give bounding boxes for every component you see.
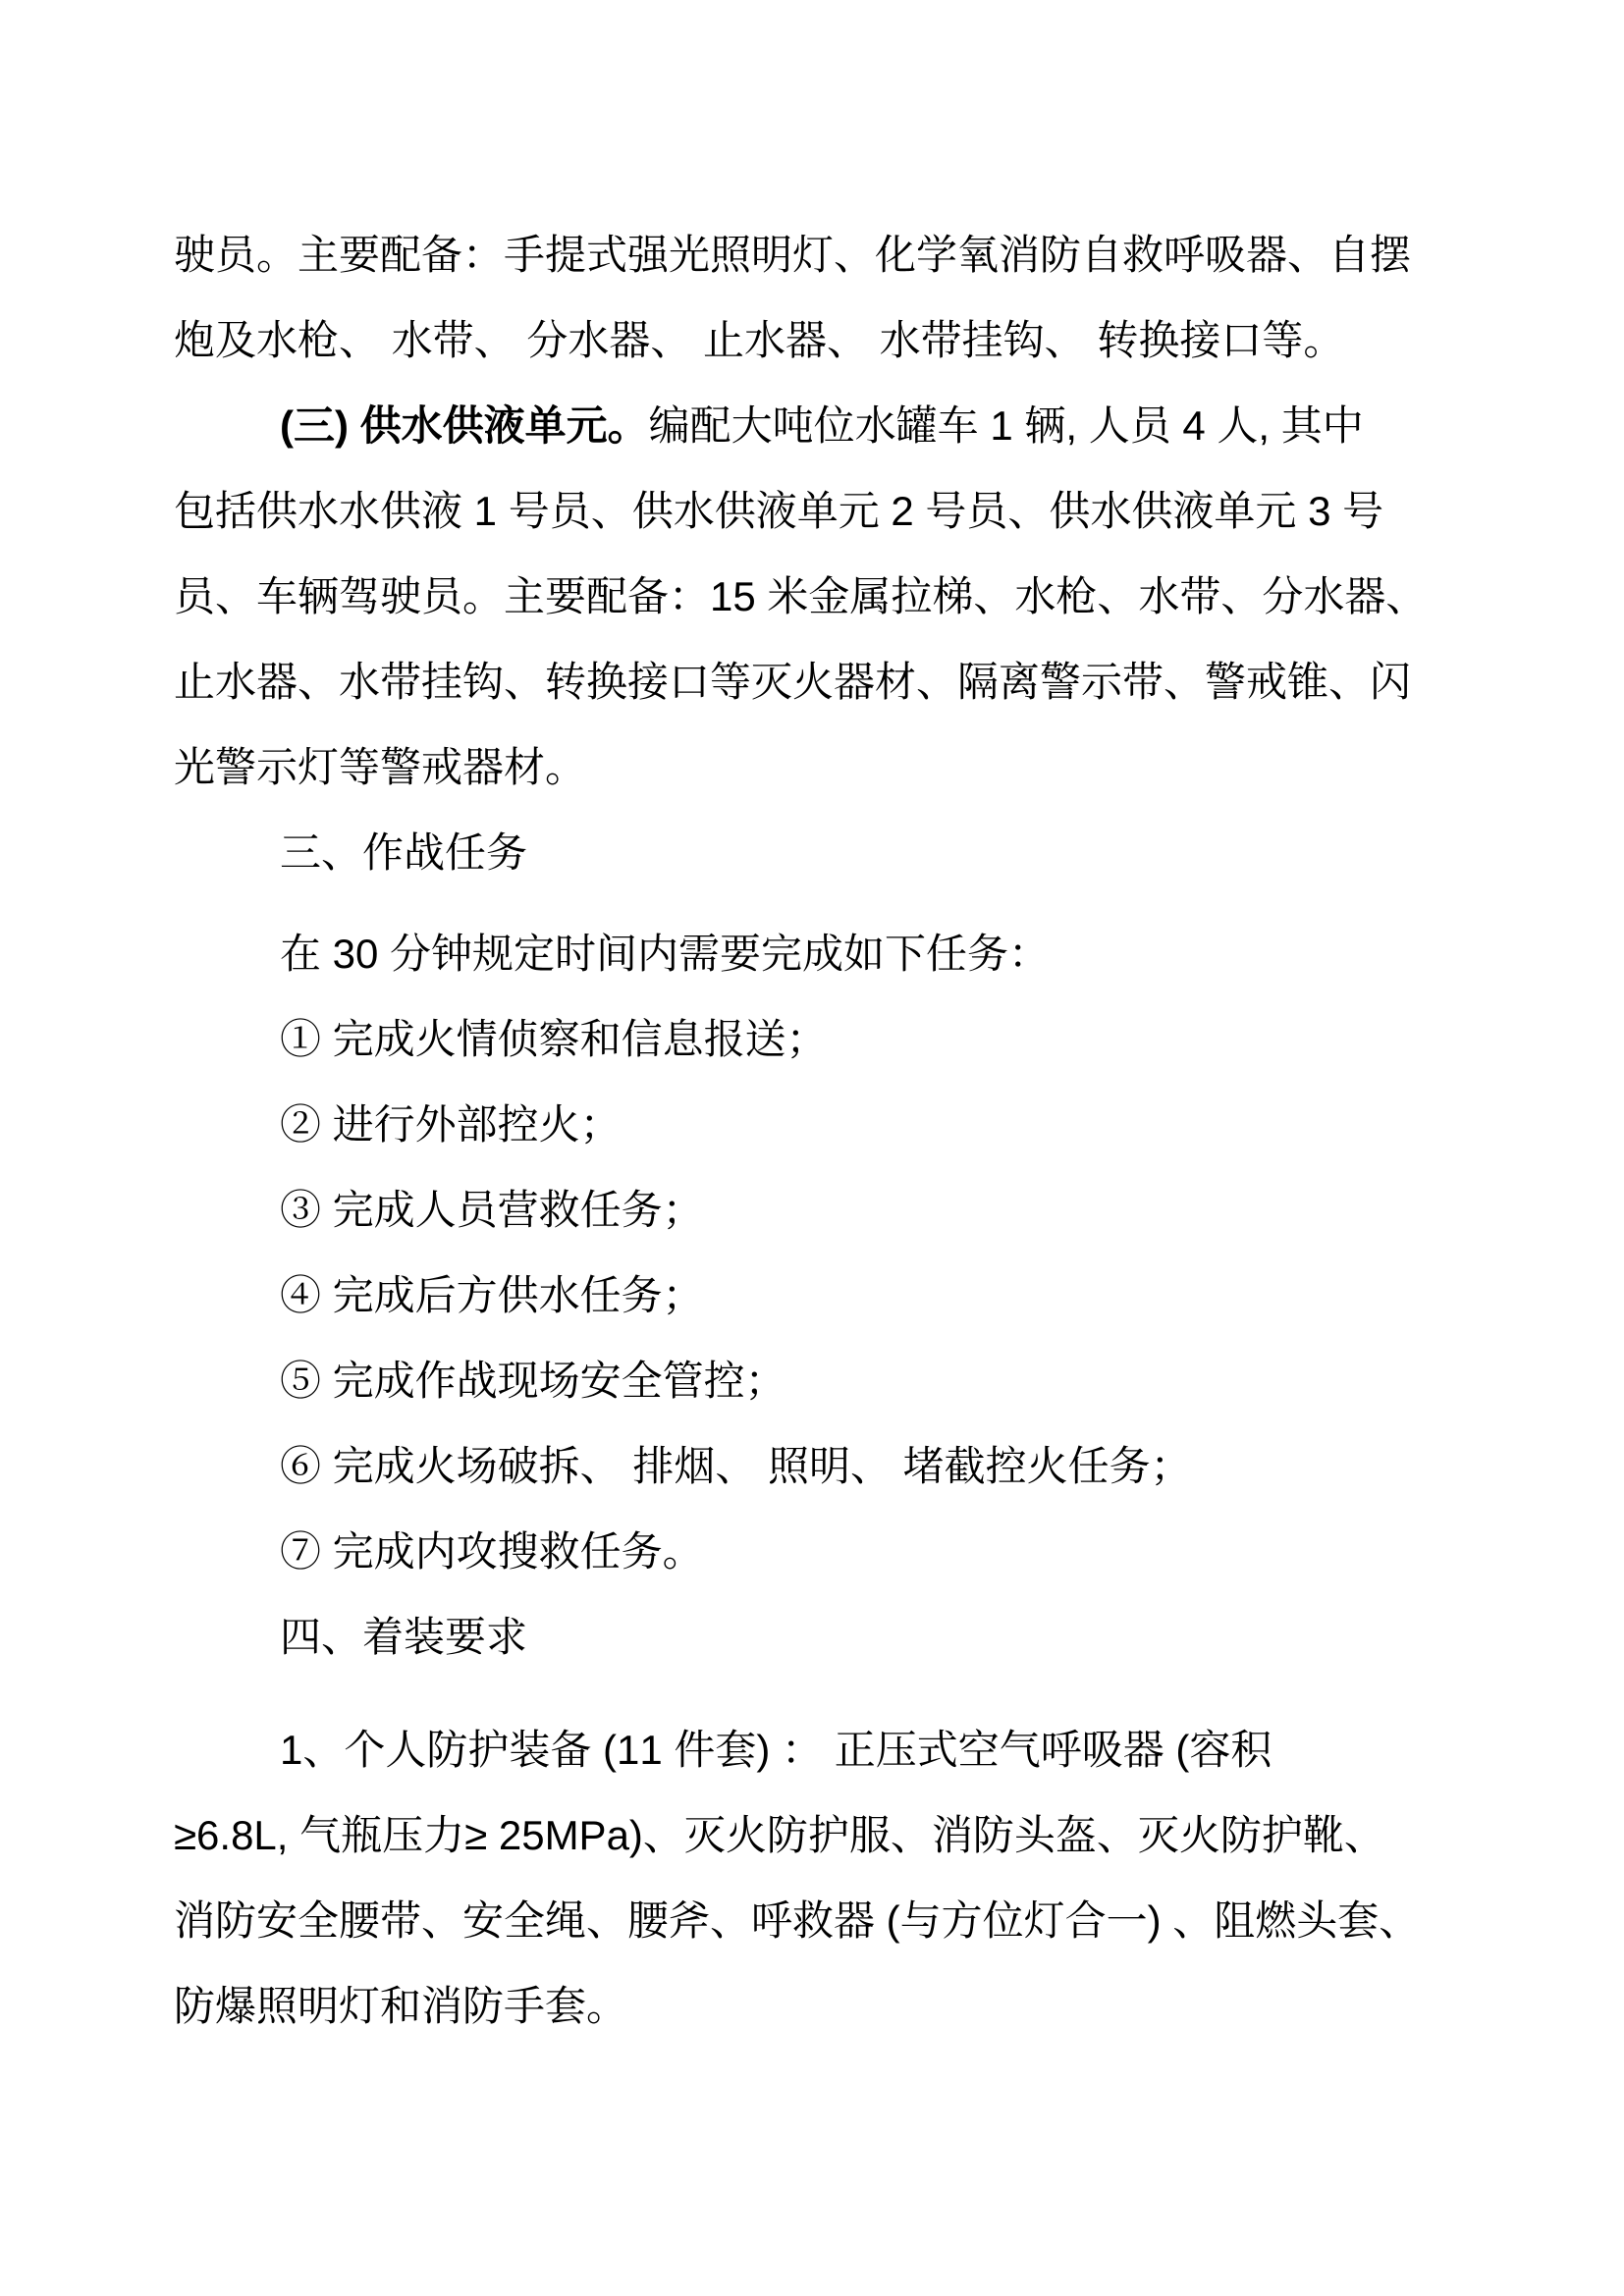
text-line: ② 进行外部控火； (174, 1082, 1450, 1167)
text-segment: 编配大吨位水罐车 1 辆, 人员 4 人, 其中 (649, 402, 1364, 449)
text-line: ⑥ 完成火场破拆、 排烟、 照明、 堵截控火任务； (174, 1423, 1450, 1509)
text-line: 消防安全腰带、安全绳、腰斧、呼救器 (与方位灯合一) 、阻燃头套、 (174, 1878, 1450, 1963)
text-segment: 止水器、水带挂钩、转换接口等灭火器材、隔离警示带、警戒锥、闪 (174, 659, 1411, 705)
text-line: 三、作战任务 (174, 810, 1450, 895)
text-line: 在 30 分钟规定时间内需要完成如下任务： (174, 911, 1450, 996)
text-segment: ⑥ 完成火场破拆、 排烟、 照明、 堵截控火任务； (280, 1443, 1192, 1489)
text-segment: 消防安全腰带、安全绳、腰斧、呼救器 (与方位灯合一) 、阻燃头套、 (174, 1897, 1420, 1944)
document-page: 驶员。主要配备：手提式强光照明灯、化学氧消防自救呼吸器、自摆炮及水枪、 水带、 … (0, 0, 1624, 2296)
text-line: 1、个人防护装备 (11 件套) ： 正压式空气呼吸器 (容积 (174, 1707, 1450, 1792)
text-line: ≥6.8L, 气瓶压力≥ 25MPa)、灭火防护服、消防头盔、灭火防护靴、 (174, 1792, 1450, 1878)
text-segment: 1、个人防护装备 (11 件套) ： 正压式空气呼吸器 (容积 (280, 1727, 1272, 1773)
text-line: 炮及水枪、 水带、 分水器、 止水器、 水带挂钩、 转换接口等。 (174, 297, 1450, 383)
text-segment: ⑤ 完成作战现场安全管控； (280, 1358, 786, 1404)
text-segment: ④ 完成后方供水任务； (280, 1272, 704, 1318)
text-line: ③ 完成人员营救任务； (174, 1167, 1450, 1253)
text-segment: 在 30 分钟规定时间内需要完成如下任务： (280, 931, 1050, 977)
text-line: 员、车辆驾驶员。主要配备：15 米金属拉梯、水枪、水带、分水器、 (174, 554, 1450, 639)
text-line: ④ 完成后方供水任务； (174, 1253, 1450, 1338)
bold-text-segment: (三) 供水供液单元。 (280, 402, 649, 449)
text-segment: 员、车辆驾驶员。主要配备：15 米金属拉梯、水枪、水带、分水器、 (174, 573, 1427, 619)
document-body: 驶员。主要配备：手提式强光照明灯、化学氧消防自救呼吸器、自摆炮及水枪、 水带、 … (174, 212, 1450, 2049)
text-segment: 驶员。主要配备：手提式强光照明灯、化学氧消防自救呼吸器、自摆 (174, 232, 1411, 278)
text-segment: 光警示灯等警戒器材。 (174, 744, 586, 790)
text-line: 驶员。主要配备：手提式强光照明灯、化学氧消防自救呼吸器、自摆 (174, 212, 1450, 297)
text-line: (三) 供水供液单元。编配大吨位水罐车 1 辆, 人员 4 人, 其中 (174, 383, 1450, 468)
text-line: 光警示灯等警戒器材。 (174, 724, 1450, 810)
text-segment: ③ 完成人员营救任务； (280, 1187, 704, 1233)
text-line: 包括供水水供液 1 号员、供水供液单元 2 号员、供水供液单元 3 号 (174, 468, 1450, 554)
text-line: 防爆照明灯和消防手套。 (174, 1963, 1450, 2049)
text-segment: ⑦ 完成内攻搜救任务。 (280, 1528, 704, 1575)
text-segment: ① 完成火情侦察和信息报送； (280, 1016, 828, 1062)
text-line: ⑤ 完成作战现场安全管控； (174, 1338, 1450, 1423)
text-segment: 防爆照明灯和消防手套。 (174, 1983, 627, 2029)
text-segment: ② 进行外部控火； (280, 1101, 622, 1148)
text-line: ① 完成火情侦察和信息报送； (174, 996, 1450, 1082)
text-segment: ≥6.8L, 气瓶压力≥ 25MPa)、灭火防护服、消防头盔、灭火防护靴、 (174, 1812, 1385, 1858)
text-segment: 炮及水枪、 水带、 分水器、 止水器、 水带挂钩、 转换接口等。 (174, 317, 1344, 363)
text-segment: 三、作战任务 (280, 829, 527, 876)
text-line: ⑦ 完成内攻搜救任务。 (174, 1509, 1450, 1594)
text-line: 四、着装要求 (174, 1594, 1450, 1680)
text-line: 止水器、水带挂钩、转换接口等灭火器材、隔离警示带、警戒锥、闪 (174, 639, 1450, 724)
text-segment: 包括供水水供液 1 号员、供水供液单元 2 号员、供水供液单元 3 号 (174, 488, 1383, 534)
text-segment: 四、着装要求 (280, 1614, 527, 1660)
